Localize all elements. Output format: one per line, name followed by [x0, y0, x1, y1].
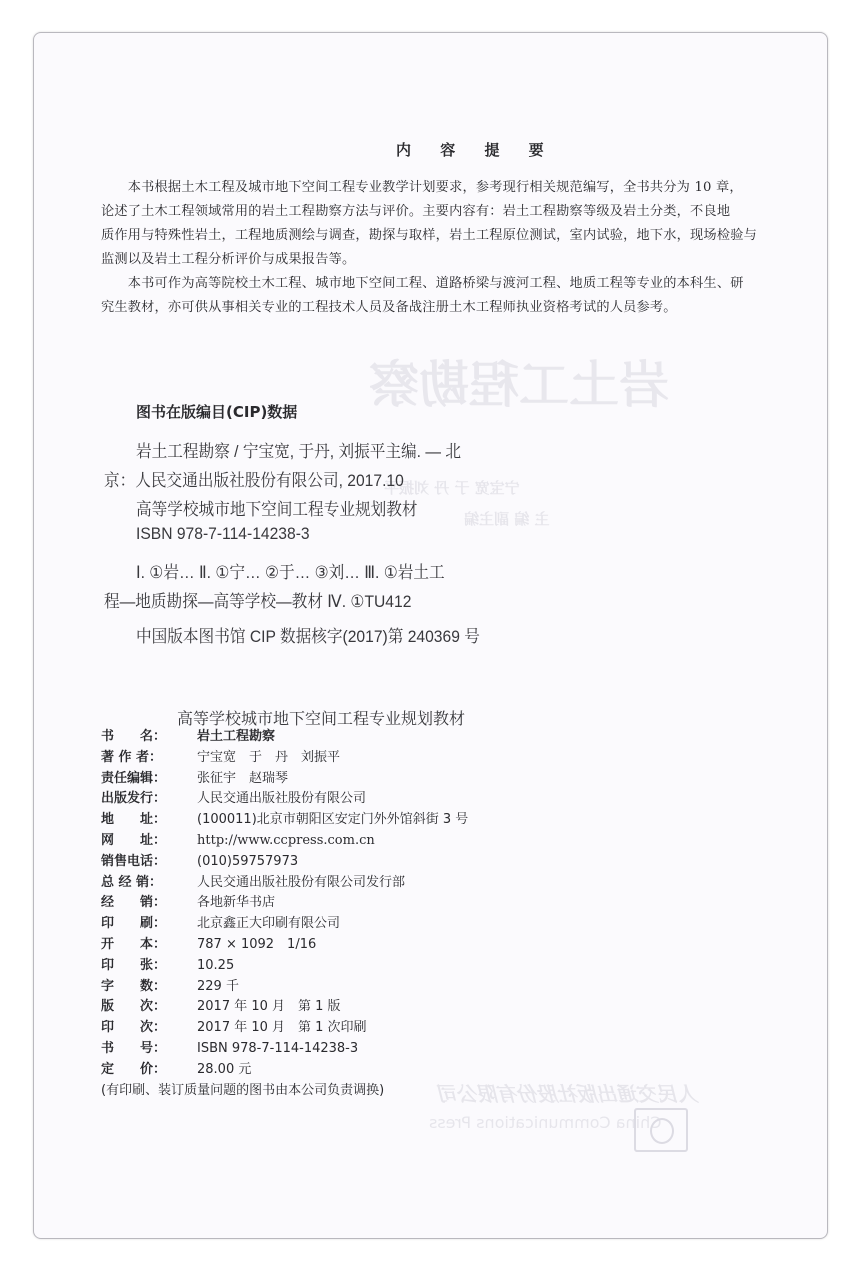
summary-paragraph-2: 本书可作为高等院校土木工程、城市地下空间工程、道路桥梁与渡河工程、地质工程等专业… [101, 272, 744, 320]
summary-line: 质作用与特殊性岩土，工程地质测绘与调查，勘探与取样，岩土工程原位测试，室内试验，… [101, 224, 757, 248]
watermark-publisher: 人民交通出版社股份有限公司 [439, 1078, 699, 1107]
colophon-row-address: 地 址：(100011)北京市朝阳区安定门外外馆斜街 3 号 [101, 810, 468, 831]
watermark-editors: 主 编 副主编 [464, 508, 549, 529]
summary-line: 究生教材，亦可供从事相关专业的工程技术人员及备战注册土木工程师执业资格考试的人员… [101, 296, 744, 320]
summary-paragraph-1: 本书根据土木工程及城市地下空间工程专业教学计划要求，参考现行相关规范编写，全书共… [101, 176, 757, 272]
summary-line: 论述了土木工程领域常用的岩土工程勘察方法与评价。主要内容有：岩土工程勘察等级及岩… [101, 200, 757, 224]
colophon-row-wordcount: 字 数：229 千 [101, 977, 468, 998]
summary-heading: 内 容 提 要 [396, 139, 556, 160]
colophon-row-format: 开 本：787 × 1092 1/16 [101, 935, 468, 956]
cip-line: 程—地质勘探—高等学校—教材 Ⅳ. ①TU412 [104, 587, 411, 612]
summary-line: 本书根据土木工程及城市地下空间工程专业教学计划要求，参考现行相关规范编写，全书共… [101, 176, 757, 200]
cip-title: 图书在版编目(CIP)数据 [136, 401, 297, 422]
cip-line: 京：人民交通出版社股份有限公司, 2017.10 [104, 466, 404, 491]
cip-line: 中国版本图书馆 CIP 数据核字(2017)第 240369 号 [136, 622, 480, 647]
colophon-table: 书 名：岩土工程勘察 著 作 者：宁宝宽 于 丹 刘振平 责任编辑：张征宇 赵瑞… [101, 727, 468, 1101]
colophon-row-website: 网 址：http://www.ccpress.com.cn [101, 831, 468, 852]
colophon-row-publisher: 出版发行：人民交通出版社股份有限公司 [101, 789, 468, 810]
colophon-row-title: 书 名：岩土工程勘察 [101, 727, 468, 748]
series-title: 高等学校城市地下空间工程专业规划教材 [177, 706, 465, 729]
colophon-note: (有印刷、装订质量问题的图书由本公司负责调换) [101, 1081, 468, 1102]
colophon-row-sheets: 印 张：10.25 [101, 956, 468, 977]
colophon-row-isbn: 书 号：ISBN 978-7-114-14238-3 [101, 1039, 468, 1060]
colophon-row-printing: 印 次：2017 年 10 月 第 1 次印刷 [101, 1018, 468, 1039]
colophon-row-editors: 责任编辑：张征宇 赵瑞琴 [101, 769, 468, 790]
cip-line: 岩土工程勘察 / 宁宝宽, 于丹, 刘振平主编. — 北 [136, 437, 461, 462]
colophon-row-price: 定 价：28.00 元 [101, 1060, 468, 1081]
cip-line: ISBN 978-7-114-14238-3 [136, 524, 310, 544]
book-page: 岩土工程勘察 宁宝宽 于 丹 刘振平 主 编 副主编 人民交通出版社股份有限公司… [33, 32, 828, 1239]
cip-line: Ⅰ. ①岩… Ⅱ. ①宁… ②于… ③刘… Ⅲ. ①岩土工 [136, 558, 445, 583]
summary-line: 本书可作为高等院校土木工程、城市地下空间工程、道路桥梁与渡河工程、地质工程等专业… [101, 272, 744, 296]
colophon-row-retailer: 经 销：各地新华书店 [101, 893, 468, 914]
summary-line: 监测以及岩土工程分析评价与成果报告等。 [101, 248, 757, 272]
cip-line: 高等学校城市地下空间工程专业规划教材 [136, 495, 418, 520]
colophon-row-phone: 销售电话：(010)59757973 [101, 852, 468, 873]
watermark-cover-title: 岩土工程勘察 [369, 345, 669, 417]
colophon-row-printer: 印 刷：北京鑫正大印刷有限公司 [101, 914, 468, 935]
colophon-row-edition: 版 次：2017 年 10 月 第 1 版 [101, 997, 468, 1018]
publisher-logo-icon [634, 1108, 688, 1152]
colophon-row-distributor: 总 经 销：人民交通出版社股份有限公司发行部 [101, 873, 468, 894]
colophon-row-authors: 著 作 者：宁宝宽 于 丹 刘振平 [101, 748, 468, 769]
watermark-publisher-en: China Communications Press [429, 1113, 661, 1132]
